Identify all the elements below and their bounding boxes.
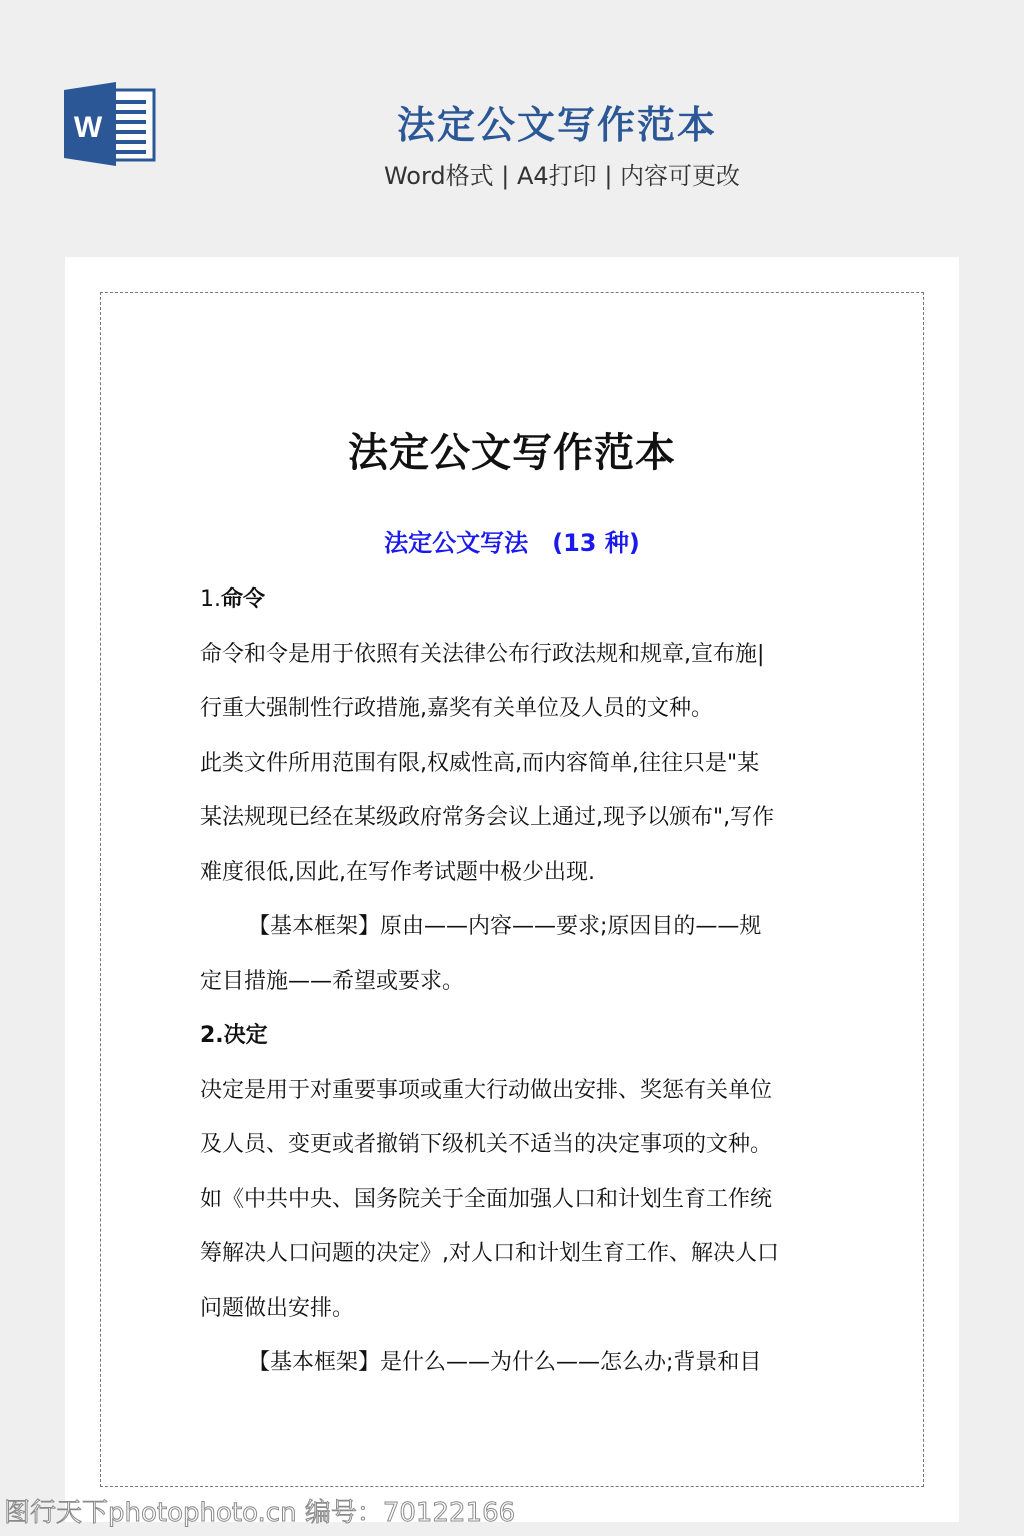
paragraph-line: 行重大强制性行政措施,嘉奖有关单位及人员的文种。 (200, 682, 840, 737)
paragraph-line: 及人员、变更或者撤销下级机关不适当的决定事项的文种。 (200, 1118, 840, 1173)
paragraph-line: 问题做出安排。 (200, 1282, 840, 1337)
document-title: 法定公文写作范本 (65, 421, 959, 478)
section-heading: 2.决定 (200, 1009, 840, 1064)
header-subtitle: Word格式 | A4打印 | 内容可更改 (0, 156, 1024, 191)
paragraph-line: 决定是用于对重要事项或重大行动做出安排、奖惩有关单位 (200, 1064, 840, 1119)
framework-line: 【基本框架】原由——内容——要求;原因目的——规 (200, 900, 840, 955)
document-subtitle: 法定公文写法 (13 种) (65, 523, 959, 558)
paragraph-line: 难度很低,因此,在写作考试题中极少出现. (200, 846, 840, 901)
watermark-text: 图行天下photophoto.cn 编号：70122166 (4, 1492, 515, 1529)
paragraph-line: 此类文件所用范围有限,权威性高,而内容简单,往往只是"某 (200, 737, 840, 792)
paragraph-line: 命令和令是用于依照有关法律公布行政法规和规章,宣布施| (200, 628, 840, 683)
paragraph-line: 筹解决人口问题的决定》,对人口和计划生育工作、解决人口 (200, 1227, 840, 1282)
document-page: 法定公文写作范本 法定公文写法 (13 种) 1.命令 命令和令是用于依照有关法… (65, 257, 959, 1522)
document-body: 1.命令 命令和令是用于依照有关法律公布行政法规和规章,宣布施| 行重大强制性行… (200, 573, 840, 1391)
paragraph-line: 如《中共中央、国务院关于全面加强人口和计划生育工作统 (200, 1173, 840, 1228)
framework-line: 【基本框架】是什么——为什么——怎么办;背景和目 (200, 1336, 840, 1391)
section-heading: 1.命令 (200, 573, 840, 628)
paragraph-line: 某法规现已经在某级政府常务会议上通过,现予以颁布",写作 (200, 791, 840, 846)
framework-line: 定目措施——希望或要求。 (200, 955, 840, 1010)
header-title: 法定公文写作范本 (0, 94, 1024, 149)
header-banner: W 法定公文写作范本 Word格式 | A4打印 | 内容可更改 (0, 0, 1024, 256)
